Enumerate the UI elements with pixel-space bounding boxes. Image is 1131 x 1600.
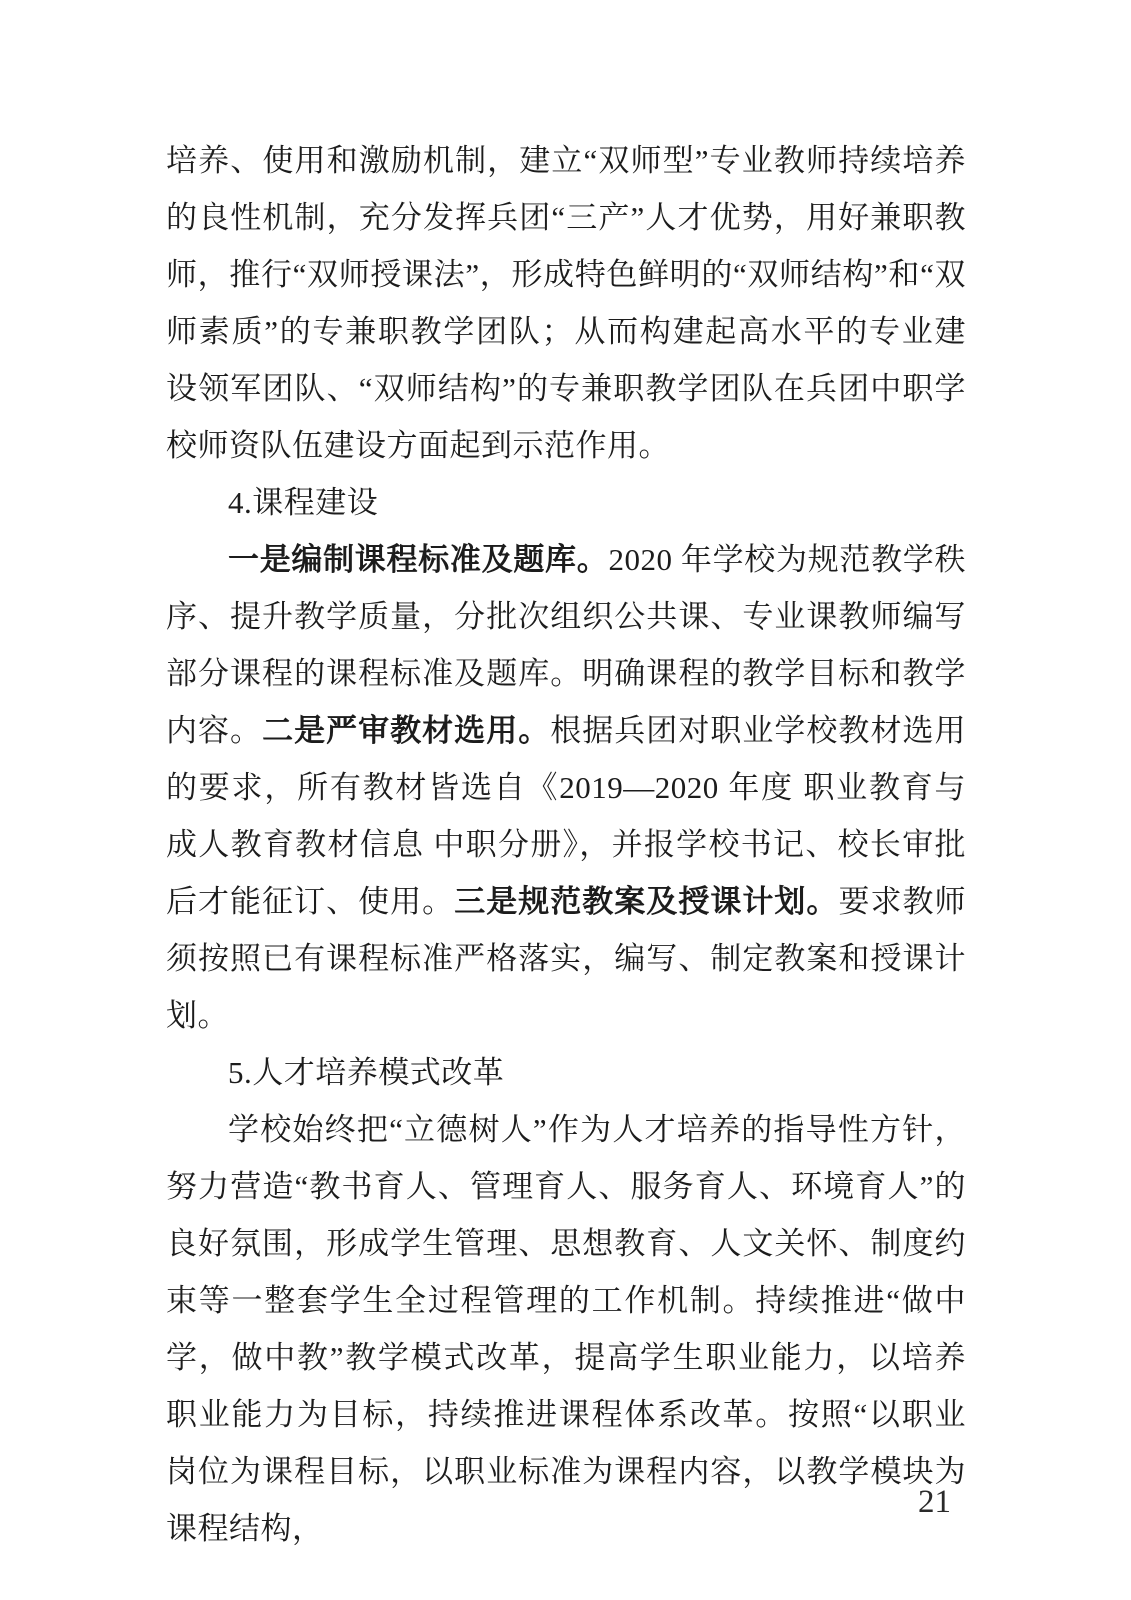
section-heading-talent-model: 5.人才培养模式改革	[166, 1044, 966, 1101]
bold-run-textbook-selection: 二是严审教材选用。	[262, 713, 550, 748]
paragraph-talent-model: 学校始终把“立德树人”作为人才培养的指导性方针，努力营造“教书育人、管理育人、服…	[166, 1101, 966, 1557]
document-page: 培养、使用和激励机制，建立“双师型”专业教师持续培养的良性机制，充分发挥兵团“三…	[0, 0, 1131, 1600]
paragraph-teacher-team: 培养、使用和激励机制，建立“双师型”专业教师持续培养的良性机制，充分发挥兵团“三…	[166, 132, 966, 474]
page-number: 21	[918, 1482, 951, 1522]
bold-run-curriculum-standards: 一是编制课程标准及题库。	[228, 542, 608, 577]
section-heading-course-construction: 4.课程建设	[166, 474, 966, 531]
paragraph-course-construction: 一是编制课程标准及题库。2020 年学校为规范教学秩序、提升教学质量，分批次组织…	[166, 531, 966, 1044]
bold-run-lesson-plans: 三是规范教案及授课计划。	[454, 884, 838, 919]
page-body: 培养、使用和激励机制，建立“双师型”专业教师持续培养的良性机制，充分发挥兵团“三…	[166, 132, 966, 1557]
